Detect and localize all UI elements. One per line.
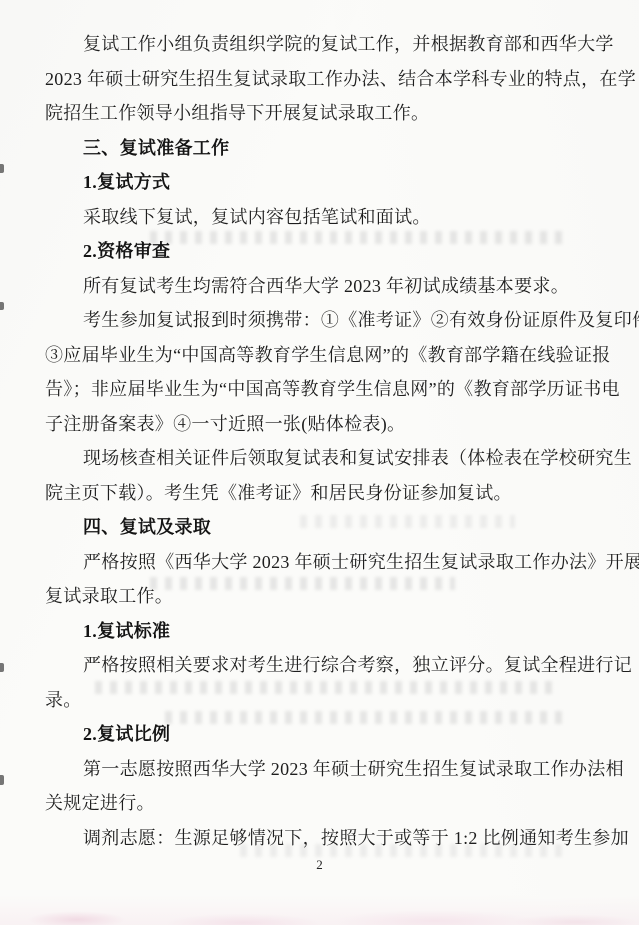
text-line: 关规定进行。 (45, 786, 607, 821)
text-line: 采取线下复试，复试内容包括笔试和面试。 (45, 200, 607, 235)
sub-heading: 1.复试标准 (45, 614, 607, 649)
section-heading: 三、复试准备工作 (45, 131, 607, 166)
text-line: 院招生工作领导小组指导下开展复试录取工作。 (45, 96, 607, 131)
text-line: 严格按照相关要求对考生进行综合考察，独立评分。复试全程进行记 (45, 648, 607, 683)
text-line: 现场核查相关证件后领取复试表和复试安排表（体检表在学校研究生 (45, 441, 607, 476)
text-line: 调剂志愿：生源足够情况下，按照大于或等于 1:2 比例通知考生参加 (45, 821, 607, 856)
page-number: 2 (0, 857, 639, 873)
text-line: 严格按照《西华大学 2023 年硕士研究生招生复试录取工作办法》开展 (45, 545, 607, 580)
scan-edge-mark (0, 164, 4, 173)
scan-edge-mark (0, 663, 4, 672)
text-line: 告》；非应届毕业生为“中国高等教育学生信息网”的《教育部学历证书电 (45, 372, 607, 407)
text-line: 子注册备案表》④一寸近照一张(贴体检表)。 (45, 407, 607, 442)
sub-heading: 2.复试比例 (45, 717, 607, 752)
section-heading: 四、复试及录取 (45, 510, 607, 545)
text-line: 第一志愿按照西华大学 2023 年硕士研究生招生复试录取工作办法相 (45, 752, 607, 787)
sub-heading: 2.资格审查 (45, 234, 607, 269)
scan-edge-mark (0, 302, 4, 310)
text-line: 考生参加复试报到时须携带：①《准考证》②有效身份证原件及复印件 (45, 303, 607, 338)
text-line: 复试工作小组负责组织学院的复试工作，并根据教育部和西华大学 (45, 27, 607, 62)
text-line: 2023 年硕士研究生招生复试录取工作办法、结合本学科专业的特点，在学 (45, 62, 607, 97)
text-line: 录。 (45, 683, 607, 718)
text-line: ③应届毕业生为“中国高等教育学生信息网”的《教育部学籍在线验证报 (45, 338, 607, 373)
document-body: 复试工作小组负责组织学院的复试工作，并根据教育部和西华大学 2023 年硕士研究… (45, 27, 607, 855)
scanned-document-page: 复试工作小组负责组织学院的复试工作，并根据教育部和西华大学 2023 年硕士研究… (0, 0, 639, 925)
sub-heading: 1.复试方式 (45, 165, 607, 200)
scan-bottom-tint (0, 895, 639, 925)
text-line: 复试录取工作。 (45, 579, 607, 614)
text-line: 所有复试考生均需符合西华大学 2023 年初试成绩基本要求。 (45, 269, 607, 304)
scan-edge-mark (0, 775, 4, 785)
text-line: 院主页下载）。考生凭《准考证》和居民身份证参加复试。 (45, 476, 607, 511)
